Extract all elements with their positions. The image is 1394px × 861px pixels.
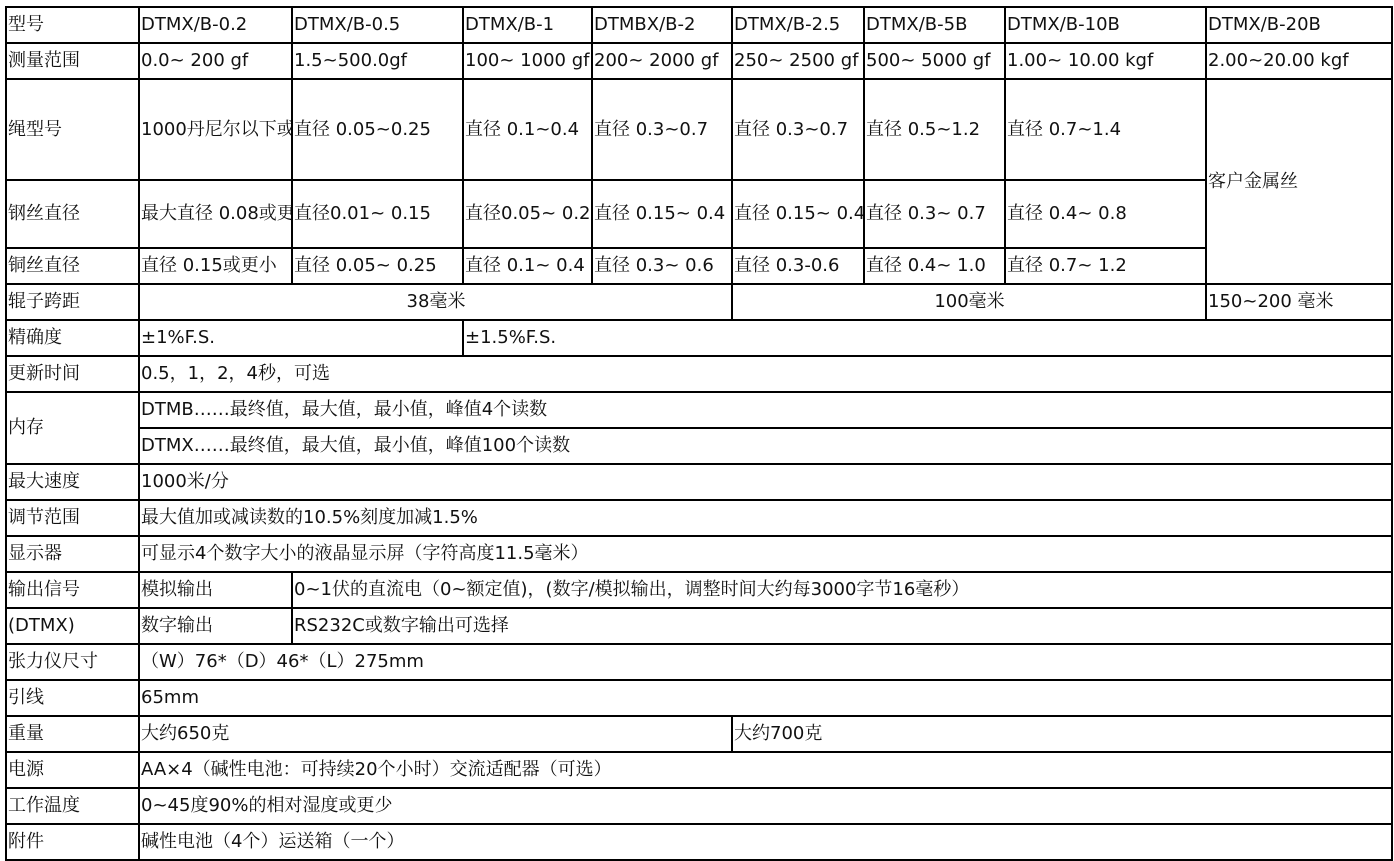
copper-cell: 直径 0.3~ 0.6: [592, 248, 732, 284]
digital-value: RS232C或数字输出可选择: [292, 608, 1392, 644]
table-row-roller: 辊子跨距 38毫米 100毫米 150~200 毫米: [6, 284, 1392, 320]
row-label: 内存: [6, 392, 139, 464]
row-label: 铜丝直径: [6, 248, 139, 284]
table-row-weight: 重量 大约650克 大约700克: [6, 716, 1392, 752]
accuracy-a: ±1%F.S.: [139, 320, 463, 356]
table-row-memory: 内存 DTMB……最终值，最大值，最小值，峰值4个读数: [6, 392, 1392, 428]
rope-cell: 直径 0.3~0.7: [592, 79, 732, 180]
steel-cell: 直径 0.3~ 0.7: [864, 180, 1005, 248]
accessory-value: 碱性电池（4个）运送箱（一个）: [139, 824, 1392, 859]
row-label: 附件: [6, 824, 139, 859]
steel-cell: 直径 0.15~ 0.4: [592, 180, 732, 248]
copper-cell: 直径 0.1~ 0.4: [463, 248, 592, 284]
range-cell: 250~ 2500 gf: [732, 43, 864, 79]
table-row-model: 型号 DTMX/B-0.2 DTMX/B-0.5 DTMX/B-1 DTMBX/…: [6, 7, 1392, 43]
memory-line-1: DTMB……最终值，最大值，最小值，峰值4个读数: [139, 392, 1392, 428]
copper-cell: 直径 0.4~ 1.0: [864, 248, 1005, 284]
table-row-accuracy: 精确度 ±1%F.S. ±1.5%F.S.: [6, 320, 1392, 356]
table-row-copper: 铜丝直径 直径 0.15或更小 直径 0.05~ 0.25 直径 0.1~ 0.…: [6, 248, 1392, 284]
range-cell: 500~ 5000 gf: [864, 43, 1005, 79]
table-row-speed: 最大速度 1000米/分: [6, 464, 1392, 500]
row-label: 更新时间: [6, 356, 139, 392]
power-value: AA×4（碱性电池：可持续20个小时）交流适配器（可选）: [139, 752, 1392, 788]
display-value: 可显示4个数字大小的液晶显示屏（字符高度11.5毫米）: [139, 536, 1392, 572]
memory-line-2: DTMX……最终值，最大值，最小值，峰值100个读数: [139, 428, 1392, 464]
table-row-range: 测量范围 0.0~ 200 gf 1.5~500.0gf 100~ 1000 g…: [6, 43, 1392, 79]
output-value: 0~1伏的直流电（0~额定值)，(数字/模拟输出，调整时间大约每3000字节16…: [292, 572, 1392, 608]
row-label: 型号: [6, 7, 139, 43]
copper-cell: 直径 0.3-0.6: [732, 248, 864, 284]
table-row-rope: 绳型号 1000丹尼尔以下或者直径最大0.15mm 直径 0.05~0.25 直…: [6, 79, 1392, 180]
row-label: 测量范围: [6, 43, 139, 79]
table-row-size: 张力仪尺寸 （W）76*（D）46*（L）275mm: [6, 644, 1392, 680]
steel-cell: 直径0.01~ 0.15: [292, 180, 463, 248]
steel-cell: 直径0.05~ 0.25: [463, 180, 592, 248]
table-row-lead: 引线 65mm: [6, 680, 1392, 716]
temp-value: 0~45度90%的相对湿度或更少: [139, 788, 1392, 824]
adjust-value: 最大值加或减读数的10.5%刻度加减1.5%: [139, 500, 1392, 536]
speed-value: 1000米/分: [139, 464, 1392, 500]
range-cell: 2.00~20.00 kgf: [1206, 43, 1392, 79]
row-label: 辊子跨距: [6, 284, 139, 320]
steel-cell: 直径 0.4~ 0.8: [1005, 180, 1206, 248]
copper-cell: 直径 0.15或更小: [139, 248, 292, 284]
table-row-power: 电源 AA×4（碱性电池：可持续20个小时）交流适配器（可选）: [6, 752, 1392, 788]
row-label: 调节范围: [6, 500, 139, 536]
table-row-accessory: 附件 碱性电池（4个）运送箱（一个）: [6, 824, 1392, 859]
roller-span-b: 100毫米: [732, 284, 1206, 320]
copper-cell: 直径 0.7~ 1.2: [1005, 248, 1206, 284]
weight-b: 大约700克: [732, 716, 1392, 752]
table-row-steel: 钢丝直径 最大直径 0.08或更小 直径0.01~ 0.15 直径0.05~ 0…: [6, 180, 1392, 248]
model-cell: DTMBX/B-2: [592, 7, 732, 43]
range-cell: 100~ 1000 gf: [463, 43, 592, 79]
update-value: 0.5，1，2，4秒，可选: [139, 356, 1392, 392]
row-label: 引线: [6, 680, 139, 716]
table-row-display: 显示器 可显示4个数字大小的液晶显示屏（字符高度11.5毫米）: [6, 536, 1392, 572]
spec-table: 型号 DTMX/B-0.2 DTMX/B-0.5 DTMX/B-1 DTMBX/…: [5, 6, 1393, 859]
row-label: 电源: [6, 752, 139, 788]
row-label: 最大速度: [6, 464, 139, 500]
rope-cell: 直径 0.1~0.4: [463, 79, 592, 180]
rope-cell: 直径 0.5~1.2: [864, 79, 1005, 180]
model-cell: DTMX/B-20B: [1206, 7, 1392, 43]
rope-cell: 1000丹尼尔以下或者直径最大0.15mm: [139, 79, 292, 180]
weight-a: 大约650克: [139, 716, 732, 752]
range-cell: 1.5~500.0gf: [292, 43, 463, 79]
lead-value: 65mm: [139, 680, 1392, 716]
model-cell: DTMX/B-2.5: [732, 7, 864, 43]
steel-cell: 直径 0.15~ 0.4: [732, 180, 864, 248]
output-sub-label: 模拟输出: [139, 572, 292, 608]
rope-cell: 直径 0.7~1.4: [1005, 79, 1206, 180]
table-row-output: 输出信号 模拟输出 0~1伏的直流电（0~额定值)，(数字/模拟输出，调整时间大…: [6, 572, 1392, 608]
copper-cell: 直径 0.05~ 0.25: [292, 248, 463, 284]
table-row-temp: 工作温度 0~45度90%的相对湿度或更少: [6, 788, 1392, 824]
digital-sub-label: 数字输出: [139, 608, 292, 644]
model-cell: DTMX/B-0.5: [292, 7, 463, 43]
row-label: 显示器: [6, 536, 139, 572]
steel-cell: 最大直径 0.08或更小: [139, 180, 292, 248]
accuracy-b: ±1.5%F.S.: [463, 320, 1392, 356]
row-label: (DTMX): [6, 608, 139, 644]
row-label: 重量: [6, 716, 139, 752]
roller-span-a: 38毫米: [139, 284, 732, 320]
row-label: 张力仪尺寸: [6, 644, 139, 680]
table-row-digital: (DTMX) 数字输出 RS232C或数字输出可选择: [6, 608, 1392, 644]
row-label: 绳型号: [6, 79, 139, 180]
table-row-adjust: 调节范围 最大值加或减读数的10.5%刻度加减1.5%: [6, 500, 1392, 536]
custom-wire-cell: 客户金属丝: [1206, 79, 1392, 284]
range-cell: 1.00~ 10.00 kgf: [1005, 43, 1206, 79]
roller-span-c: 150~200 毫米: [1206, 284, 1392, 320]
size-value: （W）76*（D）46*（L）275mm: [139, 644, 1392, 680]
row-label: 钢丝直径: [6, 180, 139, 248]
model-cell: DTMX/B-5B: [864, 7, 1005, 43]
row-label: 输出信号: [6, 572, 139, 608]
range-cell: 200~ 2000 gf: [592, 43, 732, 79]
rope-cell: 直径 0.3~0.7: [732, 79, 864, 180]
table-row-update: 更新时间 0.5，1，2，4秒，可选: [6, 356, 1392, 392]
table-row-memory-2: DTMX……最终值，最大值，最小值，峰值100个读数: [6, 428, 1392, 464]
row-label: 精确度: [6, 320, 139, 356]
model-cell: DTMX/B-0.2: [139, 7, 292, 43]
range-cell: 0.0~ 200 gf: [139, 43, 292, 79]
rope-cell: 直径 0.05~0.25: [292, 79, 463, 180]
row-label: 工作温度: [6, 788, 139, 824]
model-cell: DTMX/B-10B: [1005, 7, 1206, 43]
model-cell: DTMX/B-1: [463, 7, 592, 43]
